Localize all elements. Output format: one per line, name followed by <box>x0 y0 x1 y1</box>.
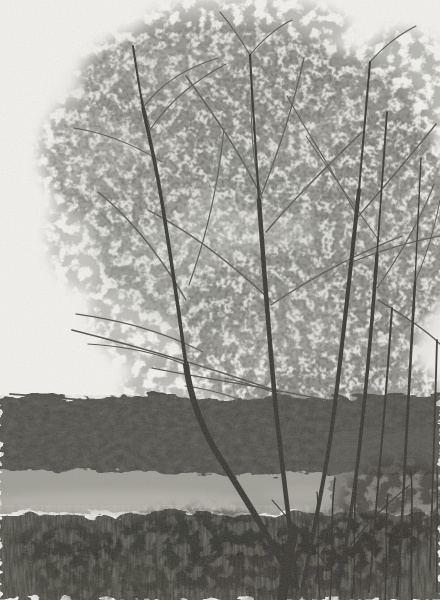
film-grain <box>0 0 440 600</box>
photo-canvas <box>0 0 440 600</box>
photograph <box>0 0 440 600</box>
